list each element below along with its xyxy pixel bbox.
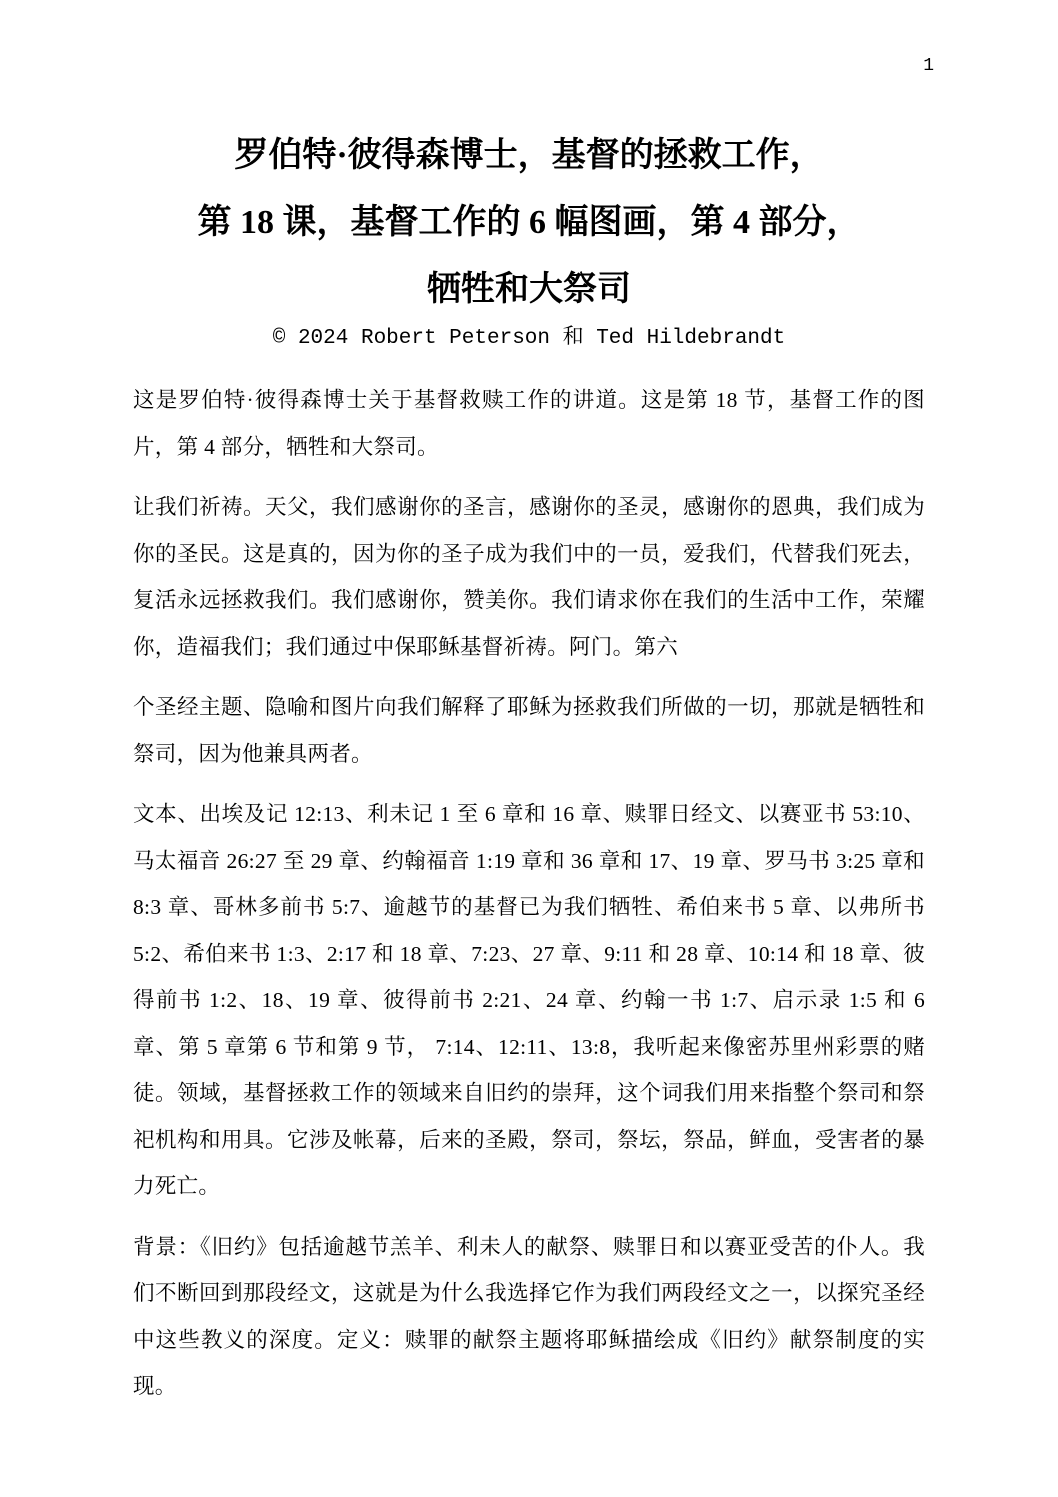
document-body: 这是罗伯特·彼得森博士关于基督救赎工作的讲道。这是第 18 节，基督工作的图片，… <box>0 377 1058 1410</box>
paragraph-prayer: 让我们祈祷。天父，我们感谢你的圣言，感谢你的圣灵，感谢你的恩典，我们成为你的圣民… <box>133 484 925 670</box>
paragraph-texts: 文本、出埃及记 12:13、利未记 1 至 6 章和 16 章、赎罪日经文、以赛… <box>133 791 925 1210</box>
title-line-3: 牺牲和大祭司 <box>100 256 958 323</box>
title-line-1: 罗伯特·彼得森博士，基督的拯救工作， <box>100 122 958 189</box>
paragraph-theme: 个圣经主题、隐喻和图片向我们解释了耶稣为拯救我们所做的一切，那就是牺牲和祭司，因… <box>133 684 925 777</box>
document-page: 1 罗伯特·彼得森博士，基督的拯救工作， 第 18 课，基督工作的 6 幅图画，… <box>0 0 1058 1497</box>
document-title: 罗伯特·彼得森博士，基督的拯救工作， 第 18 课，基督工作的 6 幅图画，第 … <box>0 0 1058 323</box>
paragraph-intro: 这是罗伯特·彼得森博士关于基督救赎工作的讲道。这是第 18 节，基督工作的图片，… <box>133 377 925 470</box>
title-line-2: 第 18 课，基督工作的 6 幅图画，第 4 部分， <box>100 189 958 256</box>
paragraph-background: 背景：《旧约》包括逾越节羔羊、利未人的献祭、赎罪日和以赛亚受苦的仆人。我们不断回… <box>133 1224 925 1410</box>
copyright-line: © 2024 Robert Peterson 和 Ted Hildebrandt <box>0 325 1058 353</box>
page-number: 1 <box>923 56 934 78</box>
